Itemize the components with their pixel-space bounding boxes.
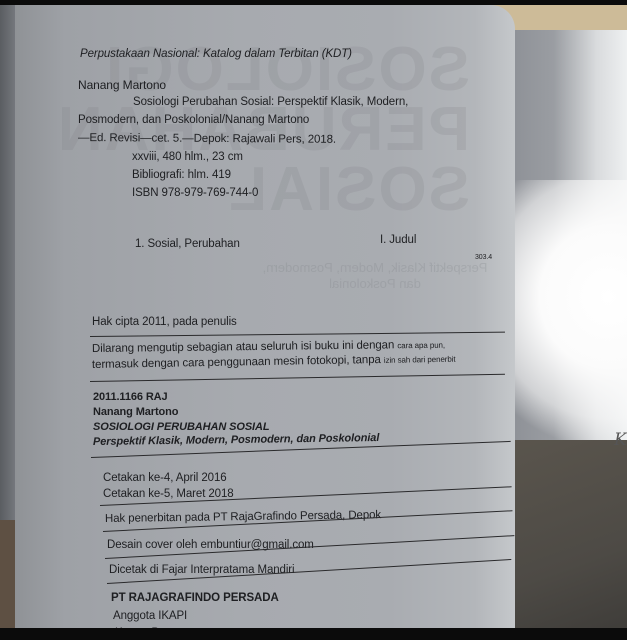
cip-entry-line-1: Sosiologi Perubahan Sosial: Perspektif K… — [133, 96, 408, 108]
facing-page-text: Ke — [614, 430, 627, 450]
cip-entry-line-3: —Ed. Revisi—cet. 5.—Depok: Rajawali Pers… — [78, 132, 336, 146]
printing-4: Cetakan ke-4, April 2016 — [103, 472, 227, 484]
watermark-title: SOSIOLOGI PERUBAHAN SOSIAL — [270, 40, 470, 220]
photo-border-top — [0, 0, 627, 5]
prohibition-line-2-main: termasuk dengan cara penggunaan mesin fo… — [92, 354, 381, 371]
book-author: Nanang Martono — [93, 406, 178, 418]
cip-header: Perpustakaan Nasional: Katalog dalam Ter… — [80, 48, 352, 60]
cip-pages: xxviii, 480 hlm., 23 cm — [132, 151, 243, 163]
prohibition-line-2-small: izin sah dari penerbit — [384, 355, 456, 365]
prohibition-line-1-small: cara apa pun, — [397, 341, 445, 351]
publisher-membership: Anggota IKAPI — [113, 610, 187, 622]
subject-heading: 1. Sosial, Perubahan — [135, 238, 240, 250]
prohibition-line-1: Dilarang mengutip sebagian atau seluruh … — [92, 339, 445, 355]
cip-author: Nanang Martono — [78, 78, 166, 92]
divider — [90, 374, 505, 383]
publisher-name: PT RAJAGRAFINDO PERSADA — [111, 592, 279, 604]
prohibition-line-2: termasuk dengan cara penggunaan mesin fo… — [92, 353, 456, 371]
copyright-page: SOSIOLOGI PERUBAHAN SOSIAL Perspektif Kl… — [15, 5, 515, 635]
book-title: SOSIOLOGI PERUBAHAN SOSIAL — [93, 421, 269, 433]
title-heading: I. Judul — [380, 234, 416, 246]
photo-scene: Ke SOSIOLOGI PERUBAHAN SOSIAL Perspektif… — [0, 0, 627, 640]
prohibition-line-1-main: Dilarang mengutip sebagian atau seluruh … — [92, 339, 394, 355]
cip-bibliography: Bibliografi: hlm. 419 — [132, 169, 231, 181]
photo-border-bottom — [0, 628, 627, 640]
divider — [90, 332, 505, 338]
book-subtitle: Perspektif Klasik, Modern, Posmodern, da… — [93, 432, 379, 448]
cip-isbn: ISBN 978-979-769-744-0 — [132, 187, 258, 199]
printing-5: Cetakan ke-5, Maret 2018 — [103, 488, 234, 500]
copyright-notice: Hak cipta 2011, pada penulis — [92, 316, 237, 328]
publishing-rights: Hak penerbitan pada PT RajaGrafindo Pers… — [105, 509, 381, 525]
watermark-subtitle: Perspektif Klasik, Modern, Posmodern, da… — [255, 260, 495, 292]
facing-page-shadow — [505, 440, 627, 640]
cip-entry-line-2: Posmodern, dan Poskolonial/Nanang Marton… — [78, 114, 309, 126]
catalog-number: 2011.1166 RAJ — [93, 391, 168, 403]
classification-number: 303.4 — [475, 254, 492, 261]
